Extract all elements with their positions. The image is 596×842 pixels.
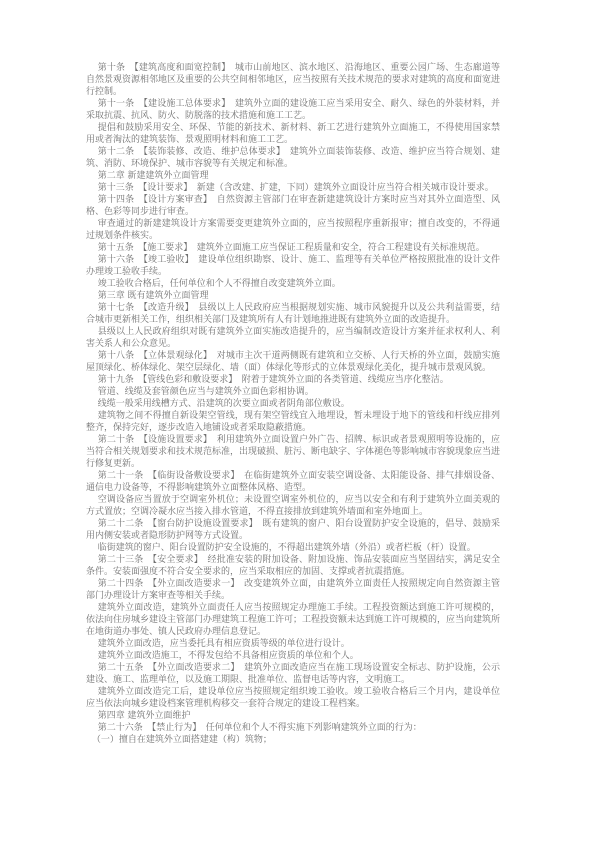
body-paragraph: 第二十一条 【临街设备敷设要求】 在临街建筑外立面安装空调设备、太阳能设备、排气… — [86, 470, 500, 494]
body-paragraph: 第二十六条 【禁止行为】 任何单位和个人不得实施下列影响建筑外立面的行为： — [86, 722, 500, 734]
document-text: 第十条 【建筑高度和面宽控制】 城市山前地区、滨水地区、沿海地区、重要公园广场、… — [86, 62, 500, 746]
body-paragraph: 线缆一般采用线槽方式、沿建筑的次要立面或者阴角部位敷设。 — [86, 398, 500, 410]
body-paragraph: 第二十条 【设施设置要求】 利用建筑外立面设置户外广告、招牌、标识或者景观照明等… — [86, 434, 500, 470]
body-paragraph: 建筑物之间不得擅自新设架空管线，现有架空管线宜入地埋设，暂未埋设于地下的管线和杆… — [86, 410, 500, 434]
chapter-heading: 第四章 建筑外立面维护 — [86, 710, 500, 722]
body-paragraph: 第十五条 【施工要求】 建筑外立面施工应当保证工程质量和安全，符合工程建设有关标… — [86, 242, 500, 254]
body-paragraph: 第十条 【建筑高度和面宽控制】 城市山前地区、滨水地区、沿海地区、重要公园广场、… — [86, 62, 500, 98]
body-paragraph: 第十六条 【竣工验收】 建设单位组织勘察、设计、施工、监理等有关单位严格按照批准… — [86, 254, 500, 278]
body-paragraph: 第十七条 【改造升级】 县级以上人民政府应当根据规划实施、城市风貌提升以及公共利… — [86, 302, 500, 326]
body-paragraph: 建筑外立面改造，建筑外立面责任人应当按照规定办理施工手续。工程投资额达到施工许可… — [86, 602, 500, 638]
chapter-heading: 第三章 既有建筑外立面管理 — [86, 290, 500, 302]
chapter-heading: 第二章 新建建筑外立面管理 — [86, 170, 500, 182]
body-paragraph: 第二十三条 【安全要求】 经批准安装的附加设备、附加设施、饰品安装面应当坚固结实… — [86, 554, 500, 578]
body-paragraph: 建筑外立面改造施工，不得发包给不具备相应资质的单位和个人。 — [86, 650, 500, 662]
body-paragraph: 提倡和鼓励采用安全、环保、节能的新技术、新材料、新工艺进行建筑外立面施工，不得使… — [86, 122, 500, 146]
body-paragraph: 第二十四条 【外立面改造要求一】 改变建筑外立面，由建筑外立面责任人按照规定向自… — [86, 578, 500, 602]
body-paragraph: 第二十五条 【外立面改造要求二】 建筑外立面改造应当在施工现场设置安全标志、防护… — [86, 662, 500, 686]
body-paragraph: 管道、线缆及套管颜色应当与建筑外立面色彩相协调。 — [86, 386, 500, 398]
list-item-paragraph: （一）擅自在建筑外立面搭建建（构）筑物； — [86, 734, 500, 746]
body-paragraph: 建筑外立面改造完工后，建设单位应当按照规定组织竣工验收。竣工验收合格后三个月内，… — [86, 686, 500, 710]
body-paragraph: 第十八条 【立体景观绿化】 对城市主次干道两侧既有建筑和立交桥、人行天桥的外立面… — [86, 350, 500, 374]
body-paragraph: 空调设备应当置放于空调室外机位；未设置空调室外机位的，应当以安全和有利于建筑外立… — [86, 494, 500, 518]
body-paragraph: 第十一条 【建设施工总体要求】 建筑外立面的建设施工应当采用安全、耐久、绿色的外… — [86, 98, 500, 122]
body-paragraph: 第十四条 【设计方案审查】 自然资源主管部门在审查新建建筑设计方案时应当对其外立… — [86, 194, 500, 218]
document-page: 第十条 【建筑高度和面宽控制】 城市山前地区、滨水地区、沿海地区、重要公园广场、… — [0, 0, 596, 842]
body-paragraph: 县级以上人民政府组织对既有建筑外立面实施改造提升的，应当编制改造设计方案并征求权… — [86, 326, 500, 350]
body-paragraph: 第二十二条 【窗台防护设施设置要求】 既有建筑的窗户、阳台设置防护安全设施的，倡… — [86, 518, 500, 542]
body-paragraph: 临街建筑的窗户、阳台设置防护安全设施的，不得超出建筑外墙（外沿）或者栏板（杆）设… — [86, 542, 500, 554]
body-paragraph: 审查通过的新建建筑设计方案需要变更建筑外立面的，应当按照程序重新报审；擅自改变的… — [86, 218, 500, 242]
body-paragraph: 建筑外立面改造，应当委托具有相应资质等级的单位进行设计。 — [86, 638, 500, 650]
body-paragraph: 竣工验收合格后，任何单位和个人不得擅自改变建筑外立面。 — [86, 278, 500, 290]
body-paragraph: 第十二条 【装饰装修、改造、维护总体要求】 建筑外立面装饰装修、改造、维护应当符… — [86, 146, 500, 170]
body-paragraph: 第十九条 【管线色彩和敷设要求】 附着于建筑外立面的各类管道、线缆应当序化整洁。 — [86, 374, 500, 386]
body-paragraph: 第十三条 【设计要求】 新建（含改建、扩建，下同）建筑外立面设计应当符合相关城市… — [86, 182, 500, 194]
